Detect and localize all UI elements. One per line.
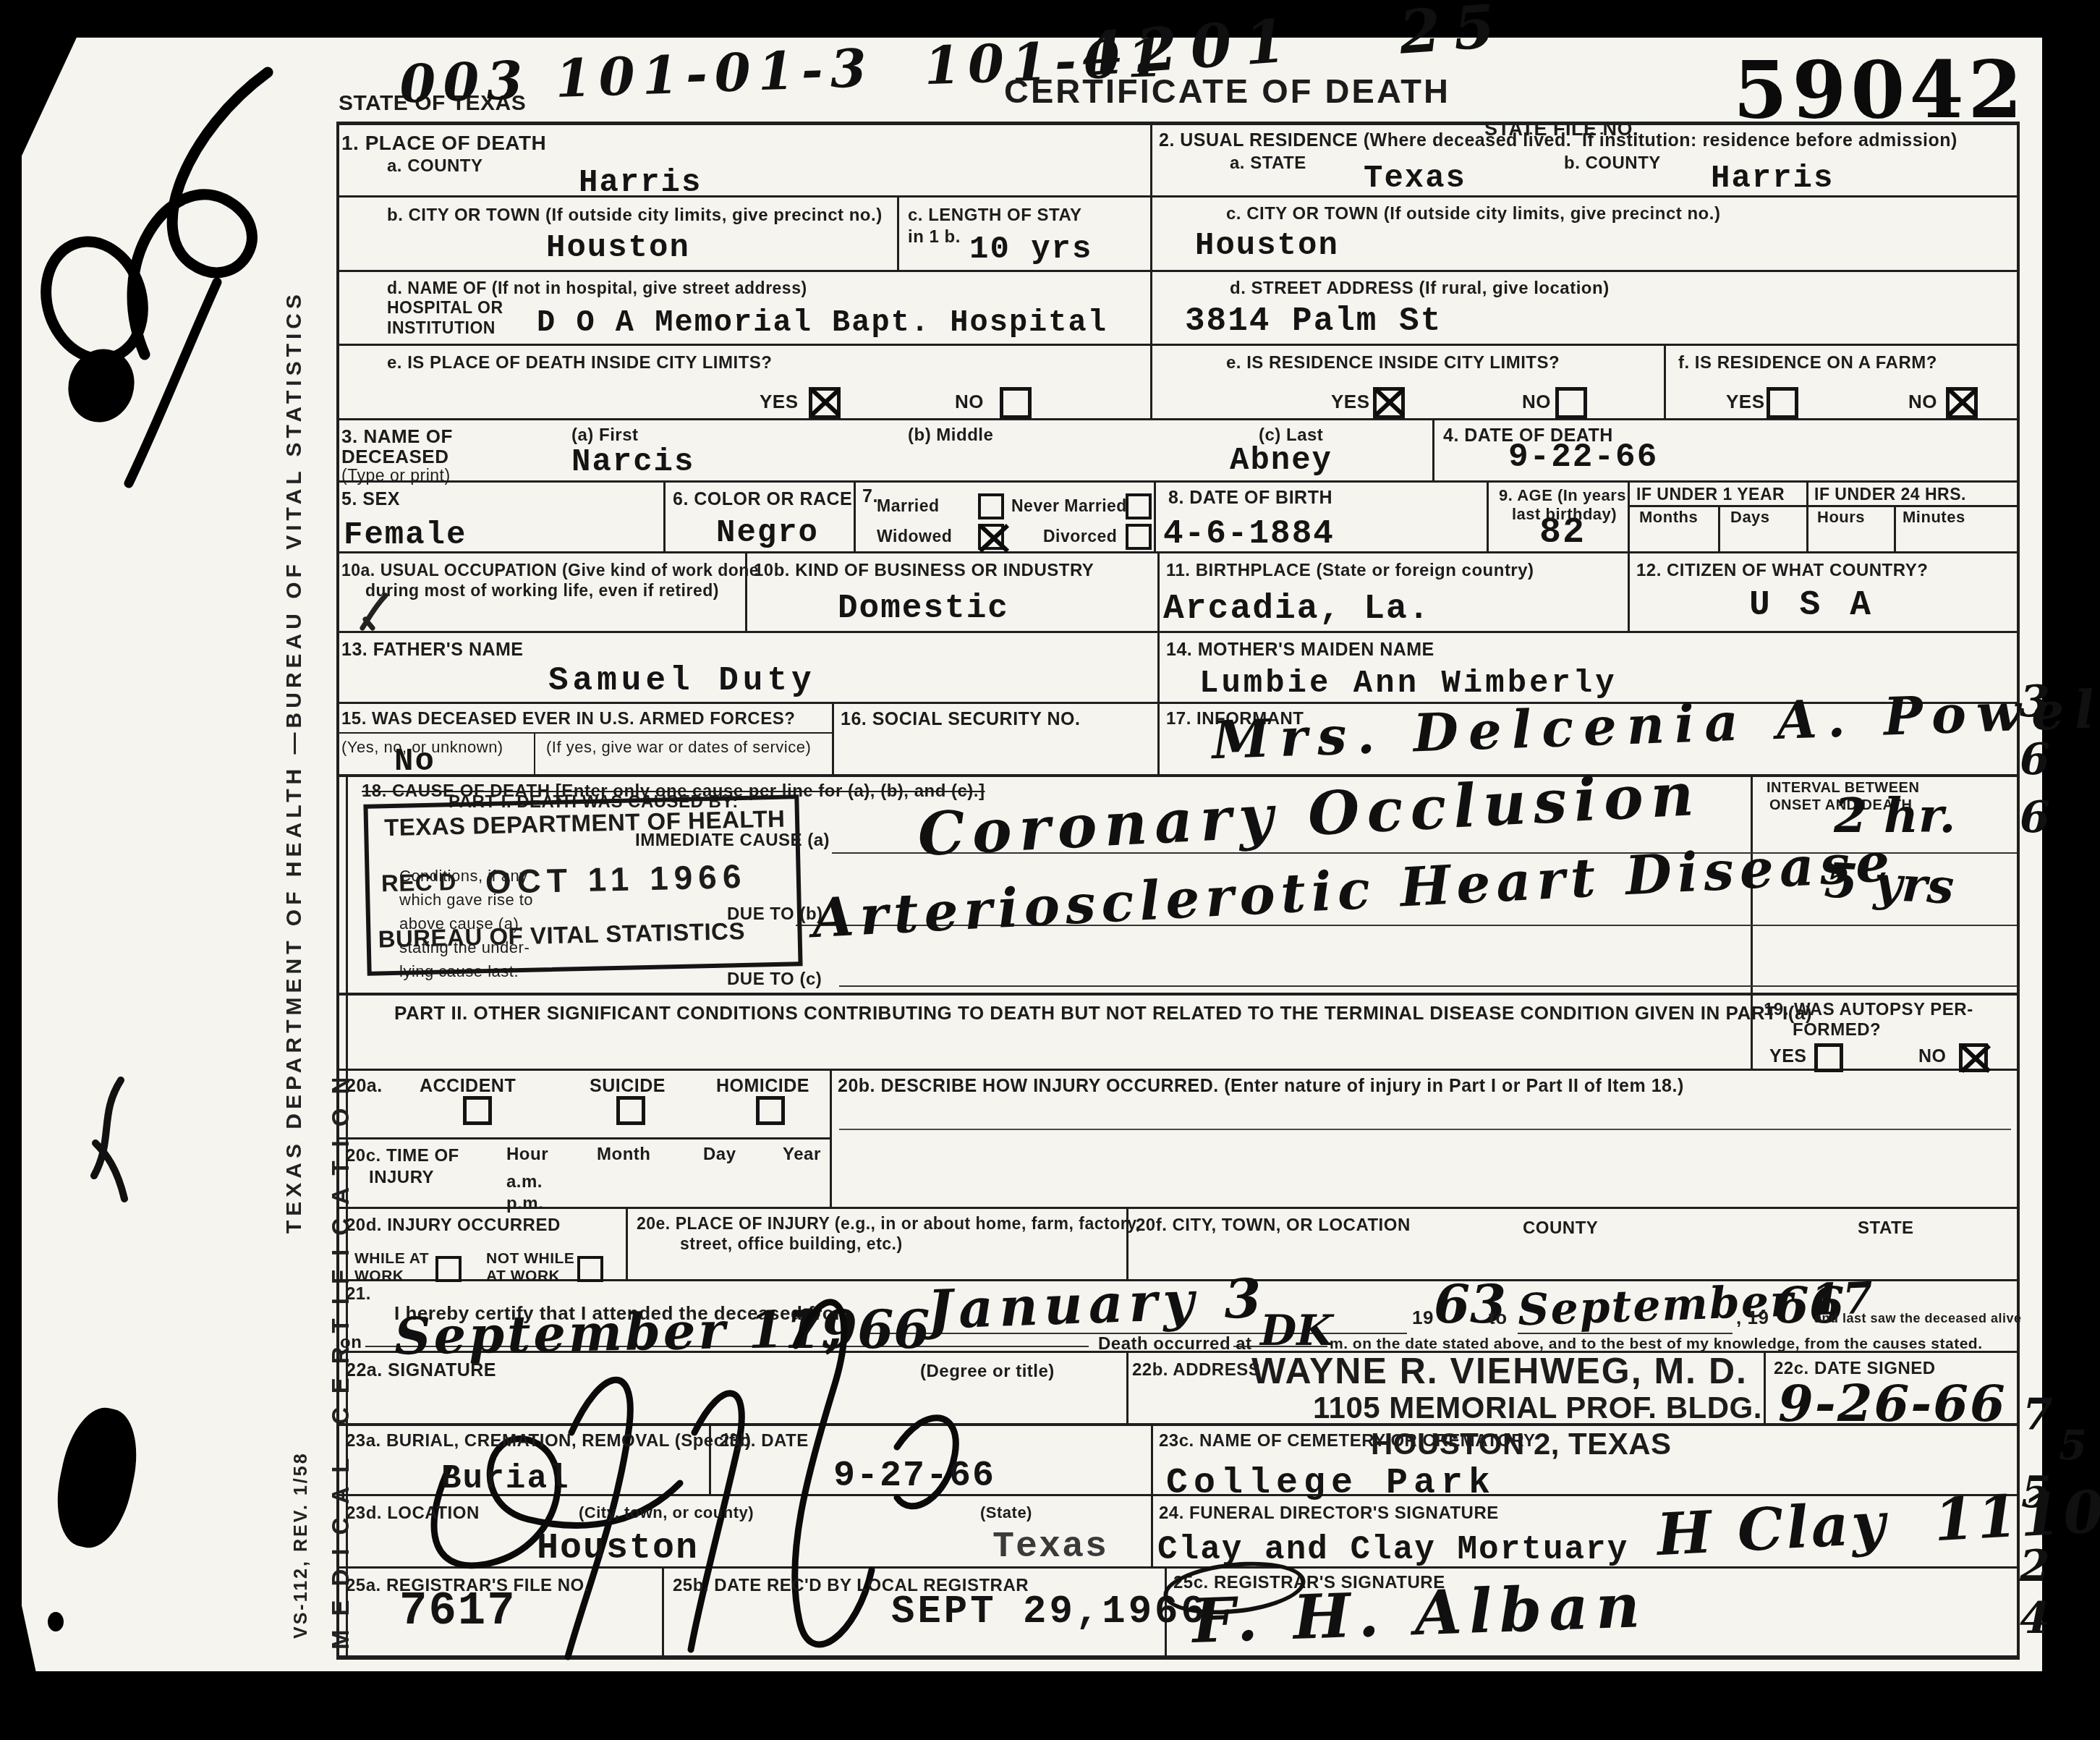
scanned-death-certificate: TEXAS DEPARTMENT OF HEALTH —BUREAU OF VI…	[0, 0, 2100, 1740]
stamp-recd: REC'D	[381, 868, 456, 897]
field-3-label3: (Type or print)	[341, 466, 451, 485]
months-label: Months	[1639, 508, 1698, 527]
field-2f-yes-label: YES	[1726, 391, 1765, 413]
field-19-yes-label: YES	[1769, 1046, 1807, 1067]
pm-label: p.m.	[506, 1194, 543, 1214]
field-23c-label: 23c. NAME OF CEMETERY OR CREMATORY	[1159, 1431, 1536, 1451]
field-4-value: 9-22-66	[1508, 438, 1658, 476]
suicide-label: SUICIDE	[590, 1076, 666, 1097]
field-1d-label2: HOSPITAL OR	[387, 298, 503, 318]
field-19-no-label: NO	[1918, 1046, 1947, 1067]
field-3-label2: DECEASED	[341, 446, 449, 468]
field-5-value: Female	[344, 517, 467, 553]
day-label: Day	[703, 1145, 736, 1165]
field-1a-value: Harris	[579, 165, 702, 201]
field-23b-value: 9-27-66	[833, 1456, 995, 1497]
field-1d-label: d. NAME OF (If not in hospital, give str…	[387, 279, 807, 298]
field-10b-label: 10b. KIND OF BUSINESS OR INDUSTRY	[754, 561, 1094, 581]
field-2f-no-checkbox	[1946, 387, 1978, 419]
field-23d-label: 23d. LOCATION	[346, 1503, 480, 1524]
field-2e-label: e. IS RESIDENCE INSIDE CITY LIMITS?	[1226, 353, 1560, 373]
field-3-label: 3. NAME OF	[341, 425, 453, 448]
field-2b-label: b. COUNTY	[1564, 153, 1661, 174]
registrar-file-no-value: 7617	[399, 1586, 517, 1638]
field-9-value: 82	[1539, 512, 1586, 553]
stamp-date: OCT 11 1966	[485, 857, 747, 901]
field-1e-yes-checkbox	[809, 387, 841, 419]
homicide-checkbox	[756, 1096, 785, 1125]
hours-label: Hours	[1817, 508, 1865, 527]
pencil-scribble	[81, 1074, 132, 1205]
field-20c-label2: INJURY	[369, 1168, 434, 1188]
field-7-divorced-label: Divorced	[1043, 527, 1117, 546]
field-2e-yes-checkbox	[1373, 387, 1405, 419]
field-1d-label3: INSTITUTION	[387, 318, 496, 338]
margin-digit: 5	[2059, 1422, 2087, 1469]
field-23c-value: College Park	[1166, 1463, 1496, 1504]
field-1c-label2: in 1 b.	[908, 227, 961, 247]
to-label: to	[1489, 1307, 1508, 1329]
margin-form-number: VS-112, REV. 1/58	[291, 1451, 312, 1639]
date-received-value: SEPT 29,1966	[891, 1590, 1207, 1634]
field-1c-label: c. LENGTH OF STAY	[908, 205, 1082, 226]
death-occurred-at-label: Death occurred at	[1098, 1334, 1252, 1354]
hour-label: Hour	[506, 1145, 548, 1165]
burial-state-value: Texas	[992, 1527, 1108, 1568]
certificate-title: CERTIFICATE OF DEATH	[1004, 71, 1450, 111]
suicide-checkbox	[616, 1096, 645, 1125]
field-13-value: Samuel Duty	[548, 662, 816, 700]
part2-label: PART II. OTHER SIGNIFICANT CONDITIONS CO…	[394, 1002, 1812, 1024]
field-20b-label: 20b. DESCRIBE HOW INJURY OCCURRED. (Ente…	[838, 1076, 1684, 1097]
year-label: Year	[783, 1145, 821, 1165]
field-19-label: 19. WAS AUTOPSY PER-	[1764, 1000, 1973, 1020]
burial-city-value: Houston	[537, 1528, 699, 1569]
field-1e-label: e. IS PLACE OF DEATH INSIDE CITY LIMITS?	[387, 353, 772, 373]
field-2e-no-label: NO	[1522, 391, 1551, 413]
physician-stamp-name: WAYNE R. VIEHWEG, M. D.	[1251, 1350, 1748, 1392]
field-24-label: 24. FUNERAL DIRECTOR'S SIGNATURE	[1159, 1503, 1499, 1524]
immediate-cause-label: IMMEDIATE CAUSE (a)	[635, 831, 830, 851]
field-8-label: 8. DATE OF BIRTH	[1168, 488, 1332, 509]
field-8-value: 4-6-1884	[1163, 515, 1335, 553]
field-2a-value: Texas	[1364, 161, 1466, 197]
due-to-b-label: DUE TO (b)	[727, 904, 823, 925]
margin-department-text: TEXAS DEPARTMENT OF HEALTH —BUREAU OF VI…	[282, 290, 307, 1234]
field-5-label: 5. SEX	[341, 489, 400, 510]
field-1e-no-label: NO	[955, 391, 984, 413]
field-2d-value: 3814 Palm St	[1185, 302, 1442, 340]
field-7-widowed-checkbox	[978, 524, 1004, 550]
field-1e-yes-label: YES	[760, 391, 799, 413]
field-20c-label: 20c. TIME OF	[346, 1146, 459, 1166]
received-stamp: TEXAS DEPARTMENT OF HEALTH REC'D OCT 11 …	[363, 794, 802, 976]
field-1-label: 1. PLACE OF DEATH	[341, 132, 546, 155]
physician-stamp-address: 1105 MEMORIAL PROF. BLDG.	[1313, 1391, 1762, 1425]
field-6-value: Negro	[716, 515, 819, 551]
field-1b-value: Houston	[546, 230, 690, 266]
field-12-label: 12. CITIZEN OF WHAT COUNTRY?	[1636, 561, 1928, 581]
field-23a-value: Burial	[441, 1460, 570, 1498]
ink-dot	[48, 1612, 64, 1631]
am-label: a.m.	[506, 1172, 543, 1192]
field-19-no-checkbox	[1959, 1043, 1988, 1072]
field-1c-value: 10 yrs	[969, 232, 1092, 268]
field-1d-value: D O A Memorial Bapt. Hospital	[537, 305, 1108, 340]
field-10a-label: 10a. USUAL OCCUPATION (Give kind of work…	[341, 561, 759, 580]
county-column-label: COUNTY	[1523, 1218, 1598, 1239]
field-15-label: 15. WAS DECEASED EVER IN U.S. ARMED FORC…	[341, 709, 795, 729]
accident-label: ACCIDENT	[420, 1076, 516, 1097]
field-20f-label: 20f. CITY, TOWN, OR LOCATION	[1136, 1215, 1411, 1236]
field-10b-value: Domestic	[838, 590, 1009, 627]
stamp-line3: BUREAU OF VITAL STATISTICS	[378, 917, 745, 954]
field-19-yes-checkbox	[1814, 1043, 1843, 1072]
field-3a-label: (a) First	[571, 425, 639, 446]
field-11-label: 11. BIRTHPLACE (State or foreign country…	[1166, 561, 1534, 581]
field-2-label: 2. USUAL RESIDENCE (Where deceased lived…	[1159, 130, 1957, 151]
due-to-c-label: DUE TO (c)	[727, 969, 822, 990]
field-2f-no-label: NO	[1908, 391, 1937, 413]
if-under-24-hrs-label: IF UNDER 24 HRS.	[1814, 485, 1966, 504]
field-7-label: 7.	[862, 486, 878, 507]
field-14-label: 14. MOTHER'S MAIDEN NAME	[1166, 640, 1434, 661]
field-7-never-married-checkbox	[1126, 493, 1152, 519]
margin-digit: 7	[2023, 1389, 2053, 1440]
interval-b-value: 5 yrs	[1823, 852, 1955, 914]
accident-checkbox	[463, 1096, 492, 1125]
field-15-label3: (If yes, give war or dates of service)	[546, 738, 811, 757]
field-7-widowed-label: Widowed	[877, 527, 952, 546]
field-23a-label: 23a. BURIAL, CREMATION, REMOVAL (Specify…	[346, 1431, 752, 1451]
state-column-label: STATE	[1858, 1218, 1914, 1239]
date-signed-value: 9-26-66	[1778, 1373, 2007, 1433]
field-10a-label2: during most of working life, even if ret…	[365, 581, 719, 600]
field-19-label2: FORMED?	[1793, 1020, 1881, 1040]
margin-digit: 6	[2020, 792, 2050, 843]
field-22b-label: 22b. ADDRESS	[1132, 1360, 1260, 1380]
pencil-mark	[358, 592, 391, 632]
field-20a-label: 20a.	[346, 1076, 383, 1097]
field-13-label: 13. FATHER'S NAME	[341, 640, 524, 661]
field-3c-value: Abney	[1230, 443, 1332, 479]
field-7-married-checkbox	[978, 493, 1004, 519]
last-saw-alive-text: and last saw the deceased alive	[1814, 1311, 2022, 1326]
month-label: Month	[597, 1145, 650, 1165]
state-paren-label: (State)	[980, 1503, 1032, 1522]
margin-digit: 4	[2020, 1593, 2050, 1644]
field-7-married-label: Married	[877, 496, 940, 516]
field-1e-no-checkbox	[1000, 387, 1032, 419]
field-2b-value: Harris	[1711, 161, 1834, 197]
field-2f-label: f. IS RESIDENCE ON A FARM?	[1678, 353, 1937, 373]
field-14-value: Lumbie Ann Wimberly	[1199, 666, 1617, 702]
if-under-1-year-label: IF UNDER 1 YEAR	[1636, 485, 1785, 504]
year-19-prefix-2: , 19	[1736, 1307, 1769, 1329]
days-label: Days	[1730, 508, 1770, 527]
death-time: DK	[1260, 1306, 1333, 1355]
city-town-county-label: (City, town, or county)	[579, 1503, 754, 1522]
field-2f-yes-checkbox	[1767, 387, 1798, 419]
field-7-divorced-checkbox	[1126, 524, 1152, 550]
field-12-value: U S A	[1749, 586, 1875, 625]
field-2c-label: c. CITY OR TOWN (If outside city limits,…	[1226, 204, 1720, 224]
field-23b-label: 23b. DATE	[720, 1431, 809, 1451]
year-19-prefix: 19	[1412, 1307, 1434, 1329]
field-3b-label: (b) Middle	[908, 425, 993, 446]
field-21-label: 21.	[346, 1284, 371, 1304]
field-11-value: Arcadia, La.	[1163, 590, 1431, 629]
field-2d-label: d. STREET ADDRESS (If rural, give locati…	[1230, 279, 1610, 299]
field-9-label: 9. AGE (In years	[1499, 486, 1626, 505]
field-2a-label: a. STATE	[1230, 153, 1306, 174]
field-2e-yes-label: YES	[1331, 391, 1370, 413]
field-15-value: No	[394, 744, 435, 780]
field-16-label: 16. SOCIAL SECURITY NO.	[841, 709, 1080, 730]
minutes-label: Minutes	[1903, 508, 1965, 527]
homicide-label: HOMICIDE	[716, 1076, 809, 1097]
field-7-never-married-label: Never Married	[1011, 496, 1127, 516]
field-1b-label: b. CITY OR TOWN (If outside city limits,…	[387, 205, 883, 226]
scan-edge-bottom	[0, 1671, 2100, 1740]
field-6-label: 6. COLOR OR RACE	[673, 489, 852, 510]
field-1a-label: a. COUNTY	[387, 156, 483, 177]
interval-a-value: 2 hr.	[1834, 787, 1956, 844]
field-3a-value: Narcis	[571, 444, 694, 480]
field-2c-value: Houston	[1195, 228, 1339, 264]
on-label: on	[340, 1333, 362, 1353]
field-2e-no-checkbox	[1555, 387, 1587, 419]
